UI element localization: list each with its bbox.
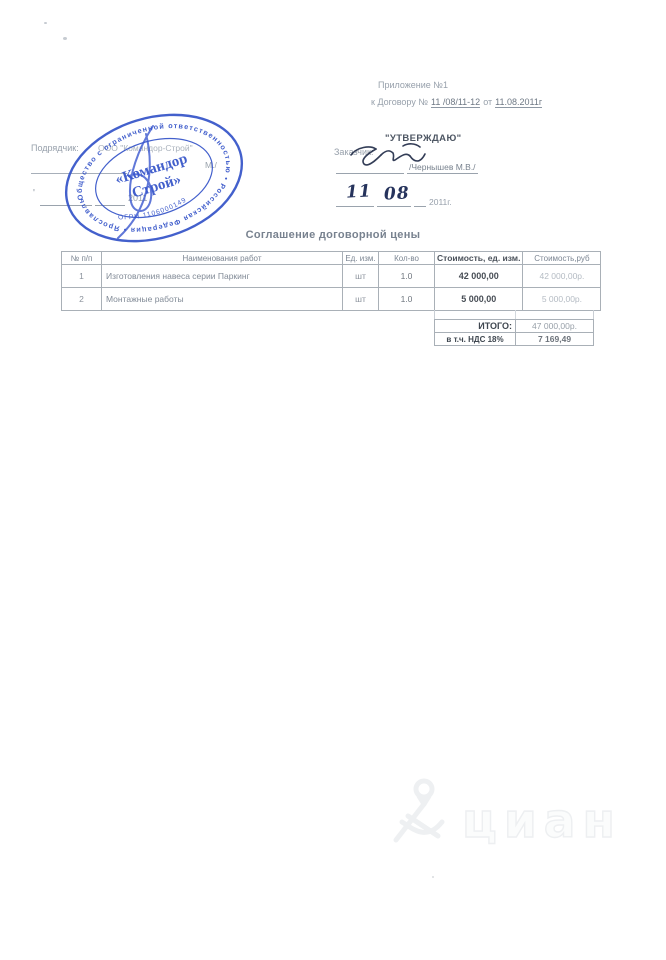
customer-signature-line: /Чернышев М.В./ bbox=[336, 163, 478, 174]
price-table: № п/п Наименования работ Ед. изм. Кол-во… bbox=[61, 251, 601, 311]
handwritten-day: 11 bbox=[345, 181, 372, 202]
handwritten-month: 08 bbox=[383, 183, 410, 204]
nds-row: в т.ч. НДС 18% 7 169,49 bbox=[434, 333, 594, 346]
approve-date-line: 11 08 2011г. bbox=[336, 184, 456, 210]
page-title: Соглашение договорной цены bbox=[0, 229, 666, 241]
totals-box: ИТОГО: 47 000,00р. в т.ч. НДС 18% 7 169,… bbox=[434, 310, 594, 346]
appendix-label: Приложение №1 bbox=[378, 80, 448, 90]
col-header-total: Стоимость,руб bbox=[523, 252, 601, 265]
col-header-unitcost: Стоимость, ед. изм. bbox=[435, 252, 523, 265]
contract-number: 11 /08/11-12 bbox=[431, 97, 480, 108]
table-header-row: № п/п Наименования работ Ед. изм. Кол-во… bbox=[62, 252, 601, 265]
col-header-unit: Ед. изм. bbox=[343, 252, 379, 265]
table-row: 2 Монтажные работы шт 1.0 5 000,00 5 000… bbox=[62, 288, 601, 311]
nds-label: в т.ч. НДС 18% bbox=[446, 335, 503, 344]
col-header-name: Наименования работ bbox=[102, 252, 343, 265]
contract-date: 11.08.2011г bbox=[495, 97, 542, 108]
contract-mid: от bbox=[483, 97, 492, 107]
signature-blank bbox=[336, 163, 404, 174]
totals-spacer bbox=[434, 310, 594, 319]
scan-speck bbox=[44, 22, 47, 24]
nds-value: 7 169,49 bbox=[516, 334, 593, 344]
document-page: Приложение №1 к Договору №11 /08/11-12от… bbox=[0, 0, 666, 960]
date-quote-mark: ' bbox=[33, 188, 35, 199]
totals-row: ИТОГО: 47 000,00р. bbox=[434, 319, 594, 333]
watermark: циан bbox=[388, 778, 622, 850]
contract-reference-line: к Договору №11 /08/11-12от11.08.2011г bbox=[371, 97, 545, 107]
col-header-num: № п/п bbox=[62, 252, 102, 265]
watermark-text: циан bbox=[462, 794, 622, 849]
scan-speck bbox=[432, 876, 434, 878]
scan-speck bbox=[63, 37, 67, 40]
customer-name: /Чернышев М.В./ bbox=[407, 162, 478, 174]
itogo-value: 47 000,00р. bbox=[516, 321, 593, 331]
table-row: 1 Изготовления навеса серии Паркинг шт 1… bbox=[62, 265, 601, 288]
contract-prefix: к Договору № bbox=[371, 97, 428, 107]
itogo-label: ИТОГО: bbox=[478, 321, 512, 331]
printed-year: 2011г. bbox=[429, 197, 452, 207]
col-header-qty: Кол-во bbox=[379, 252, 435, 265]
cian-logo-icon bbox=[388, 778, 450, 850]
